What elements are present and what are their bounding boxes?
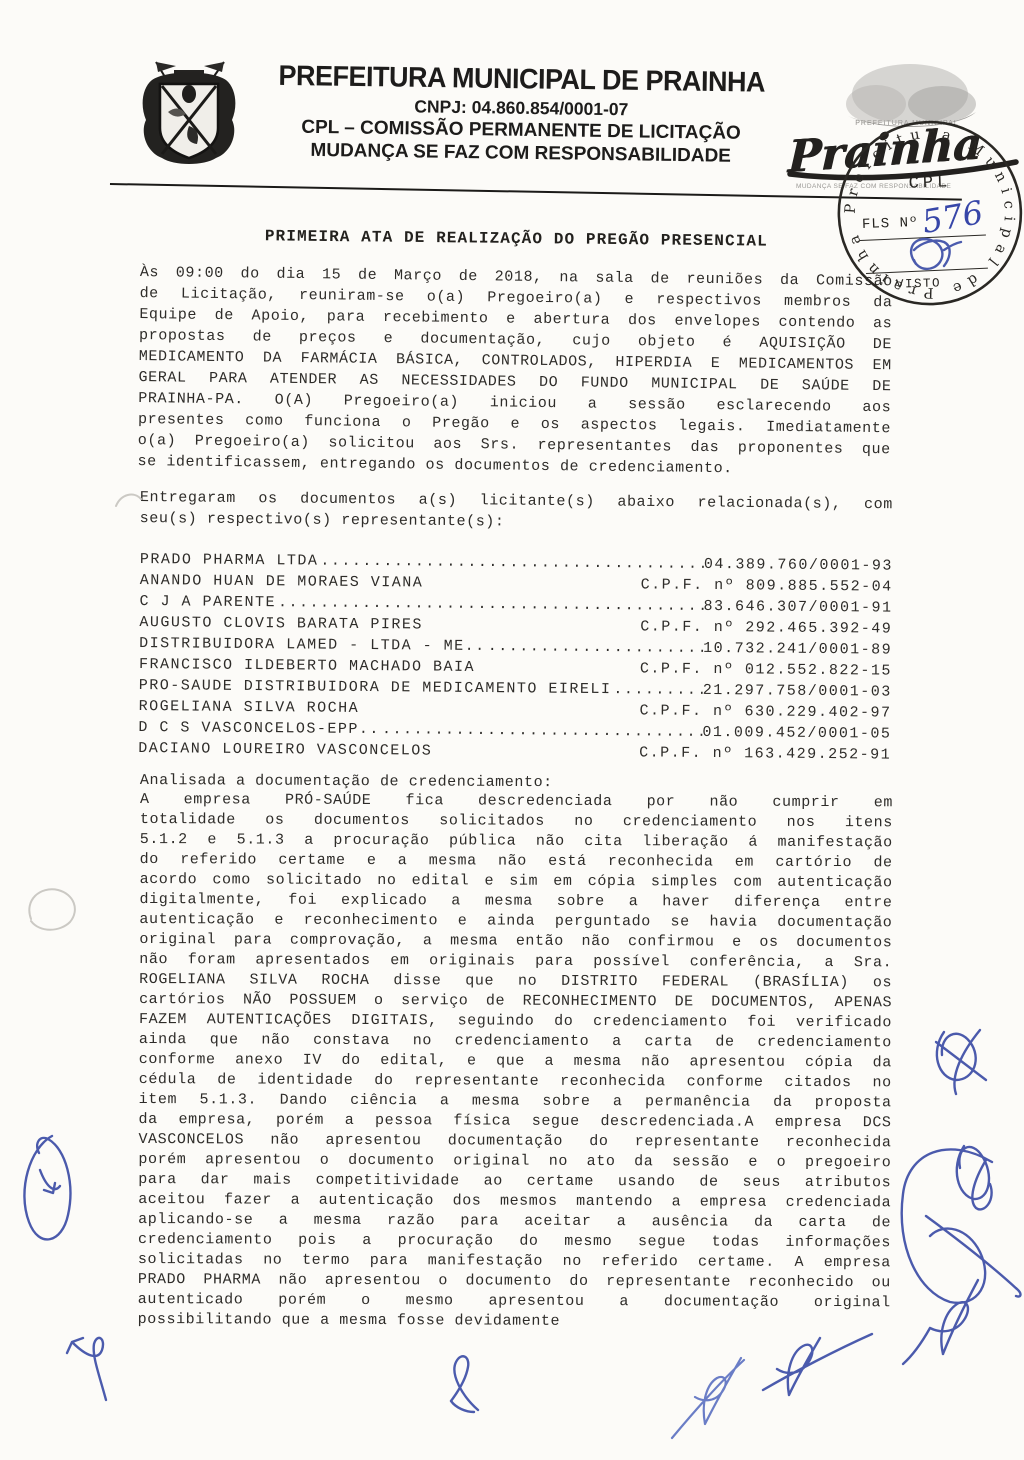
credential-intro-paragraph: Entregaram os documentos a(s) licitante(…	[140, 487, 893, 536]
representative-cpf: C.P.F. nº 809.885.552-04	[641, 574, 893, 597]
pen-oval-inner-hook	[40, 1170, 60, 1193]
document-title: PRIMEIRA ATA DE REALIZAÇÃO DO PREGÃO PRE…	[140, 226, 893, 252]
letterhead: PREFEITURA MUNICIPAL DE PRAINHA CNPJ: 04…	[247, 60, 796, 169]
pen-oval-left-margin	[24, 1136, 70, 1239]
pen-knot-right-margin	[936, 1030, 986, 1094]
faint-oval-mid-left	[29, 889, 75, 929]
initial-a-mark-lower-left	[672, 1358, 744, 1438]
blank-filler	[475, 671, 640, 672]
pen-loop-bottom-center	[451, 1356, 478, 1412]
stamp-fls-label: FLS Nº	[862, 215, 919, 233]
stamp-dept-label: CPL	[898, 173, 963, 194]
pen-squiggle-bottom-left	[67, 1338, 106, 1400]
blank-filler	[423, 586, 640, 588]
organization-name: PREFEITURA MUNICIPAL DE PRAINHA	[248, 59, 796, 99]
right-pennant-flag	[204, 62, 224, 72]
representative-name: FRANCISCO ILDEBERTO MACHADO BAIA	[139, 654, 475, 678]
analysis-paragraph: A empresa PRÓ-SAÚDE fica descredenciada …	[138, 790, 893, 1333]
blank-filler	[432, 755, 639, 757]
stamp-visto-label: VISTO	[896, 276, 941, 291]
signature-lower-initial	[903, 1280, 978, 1364]
scanned-document-page: PREFEITURA MUNICIPAL DE PRAINHA CNPJ: 04…	[0, 0, 1024, 1460]
representative-name: AUGUSTO CLOVIS BARATA PIRES	[139, 612, 423, 635]
signature-big-oval	[902, 1149, 992, 1302]
representative-name: DACIANO LOUREIRO VASCONCELOS	[138, 738, 432, 762]
company-cnpj: 01.009.452/0001-05	[702, 722, 891, 745]
dot-leader: ........................................…	[611, 679, 703, 701]
left-pennant-flag	[156, 62, 176, 72]
representative-cpf: C.P.F. nº 292.465.392-49	[640, 616, 892, 639]
company-cnpj: 83.646.307/0001-91	[703, 596, 892, 619]
signature-upper-loop	[957, 1146, 989, 1199]
dot-leader: ........................................…	[486, 636, 704, 659]
signature-cross-stroke	[926, 1216, 1020, 1297]
initial-a-mark-center-right	[763, 1334, 872, 1395]
company-name: DISTRIBUIDORA LAMED - LTDA - ME..	[139, 633, 486, 657]
company-name: D C S VASCONCELOS-EPP..	[138, 717, 380, 740]
company-name: PRADO PHARMA LTDA	[140, 549, 319, 572]
signature-second-loop	[972, 1160, 991, 1209]
opening-paragraph: Às 09:00 do dia 15 de Março de 2018, na …	[137, 262, 893, 481]
representative-name: ANANDO HUAN DE MORAES VIANA	[140, 570, 424, 593]
representative-cpf: C.P.F. nº 630.229.402-97	[639, 700, 891, 723]
representative-cpf: C.P.F. nº 012.552.822-15	[640, 658, 892, 681]
blank-filler	[359, 712, 639, 714]
company-cnpj: 10.732.241/0001-89	[703, 638, 892, 661]
representative-name: ROGELIANA SILVA ROCHA	[139, 696, 360, 719]
company-cnpj: 04.389.760/0001-93	[704, 554, 893, 577]
municipal-coat-of-arms	[138, 54, 240, 172]
bidders-list: PRADO PHARMA LTDA.......................…	[138, 549, 893, 766]
representative-cpf: C.P.F. nº 163.429.252-91	[639, 742, 891, 765]
blank-filler	[423, 628, 640, 630]
company-cnpj: 21.297.758/0001-03	[703, 680, 892, 703]
typed-text-line: possibilitando que a mesma fosse devidam…	[138, 1310, 891, 1333]
dot-leader: ........................................…	[380, 719, 703, 743]
faint-arc-upper-left	[116, 495, 141, 506]
company-name: C J A PARENTE	[139, 591, 276, 613]
